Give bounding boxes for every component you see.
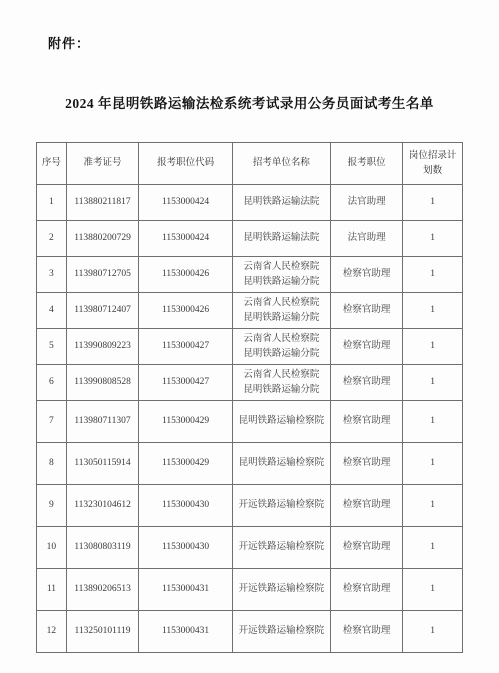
table-cell: 1 xyxy=(403,257,463,293)
table-cell: 检察官助理 xyxy=(330,611,402,653)
table-cell: 1153000426 xyxy=(139,293,233,329)
table-cell: 1153000431 xyxy=(139,569,233,611)
table-cell: 10 xyxy=(37,527,67,569)
table-cell: 云南省人民检察院 昆明铁路运输分院 xyxy=(232,293,330,329)
table-cell: 5 xyxy=(37,329,67,365)
table-cell: 1 xyxy=(403,443,463,485)
table-cell: 1 xyxy=(403,293,463,329)
table-cell: 113230104612 xyxy=(66,485,138,527)
table-cell: 1 xyxy=(403,185,463,221)
table-cell: 1153000426 xyxy=(139,257,233,293)
table-cell: 1153000427 xyxy=(139,365,233,401)
table-cell: 1 xyxy=(403,611,463,653)
table-cell: 昆明铁路运输检察院 xyxy=(232,443,330,485)
table-cell: 云南省人民检察院 昆明铁路运输分院 xyxy=(232,365,330,401)
table-cell: 7 xyxy=(37,401,67,443)
table-cell: 检察官助理 xyxy=(330,401,402,443)
table-cell: 1 xyxy=(403,221,463,257)
table-row: 31139807127051153000426云南省人民检察院 昆明铁路运输分院… xyxy=(37,257,463,293)
column-header: 报考职位 xyxy=(330,143,402,185)
table-cell: 昆明铁路运输法院 xyxy=(232,221,330,257)
table-cell: 113080803119 xyxy=(66,527,138,569)
table-row: 71139807113071153000429昆明铁路运输检察院检察官助理1 xyxy=(37,401,463,443)
table-cell: 1 xyxy=(37,185,67,221)
table-cell: 昆明铁路运输检察院 xyxy=(232,401,330,443)
column-header: 岗位招录计划数 xyxy=(403,143,463,185)
table-row: 121132501011191153000431开远铁路运输检察院检察官助理1 xyxy=(37,611,463,653)
table-cell: 开远铁路运输检察院 xyxy=(232,611,330,653)
document-page: 附件： 2024 年昆明铁路运输法检系统考试录用公务员面试考生名单 序号准考证号… xyxy=(0,0,499,673)
table-cell: 11 xyxy=(37,569,67,611)
table-cell: 1153000424 xyxy=(139,185,233,221)
table-cell: 113880211817 xyxy=(66,185,138,221)
table-cell: 1 xyxy=(403,401,463,443)
table-cell: 开远铁路运输检察院 xyxy=(232,527,330,569)
table-cell: 1 xyxy=(403,365,463,401)
table-cell: 开远铁路运输检察院 xyxy=(232,485,330,527)
table-cell: 2 xyxy=(37,221,67,257)
table-cell: 1 xyxy=(403,527,463,569)
table-cell: 4 xyxy=(37,293,67,329)
table-row: 61139908085281153000427云南省人民检察院 昆明铁路运输分院… xyxy=(37,365,463,401)
table-cell: 开远铁路运输检察院 xyxy=(232,569,330,611)
table-cell: 云南省人民检察院 昆明铁路运输分院 xyxy=(232,257,330,293)
column-header: 准考证号 xyxy=(66,143,138,185)
page-title: 2024 年昆明铁路运输法检系统考试录用公务员面试考生名单 xyxy=(0,92,499,112)
attachment-label: 附件： xyxy=(48,33,499,52)
table-cell: 检察官助理 xyxy=(330,443,402,485)
table-cell: 1 xyxy=(403,569,463,611)
table-cell: 113980712705 xyxy=(66,257,138,293)
table-cell: 9 xyxy=(37,485,67,527)
table-cell: 检察官助理 xyxy=(330,485,402,527)
column-header: 序号 xyxy=(37,143,67,185)
table-cell: 云南省人民检察院 昆明铁路运输分院 xyxy=(232,329,330,365)
table-cell: 113990809223 xyxy=(66,329,138,365)
table-row: 101130808031191153000430开远铁路运输检察院检察官助理1 xyxy=(37,527,463,569)
table-row: 51139908092231153000427云南省人民检察院 昆明铁路运输分院… xyxy=(37,329,463,365)
table-cell: 昆明铁路运输法院 xyxy=(232,185,330,221)
table-cell: 113890206513 xyxy=(66,569,138,611)
table-row: 91132301046121153000430开远铁路运输检察院检察官助理1 xyxy=(37,485,463,527)
table-cell: 1153000429 xyxy=(139,401,233,443)
table-cell: 113980711307 xyxy=(66,401,138,443)
table-cell: 检察官助理 xyxy=(330,293,402,329)
table-row: 21138802007291153000424昆明铁路运输法院法官助理1 xyxy=(37,221,463,257)
table-cell: 检察官助理 xyxy=(330,329,402,365)
table-header-row: 序号准考证号报考职位代码招考单位名称报考职位岗位招录计划数 xyxy=(37,143,463,185)
table-cell: 12 xyxy=(37,611,67,653)
table-cell: 法官助理 xyxy=(330,185,402,221)
table-cell: 1153000430 xyxy=(139,485,233,527)
column-header: 招考单位名称 xyxy=(232,143,330,185)
table-cell: 113990808528 xyxy=(66,365,138,401)
table-cell: 1153000429 xyxy=(139,443,233,485)
table-row: 11138802118171153000424昆明铁路运输法院法官助理1 xyxy=(37,185,463,221)
table-row: 41139807124071153000426云南省人民检察院 昆明铁路运输分院… xyxy=(37,293,463,329)
table-row: 81130501159141153000429昆明铁路运输检察院检察官助理1 xyxy=(37,443,463,485)
table-cell: 检察官助理 xyxy=(330,527,402,569)
table-row: 111138902065131153000431开远铁路运输检察院检察官助理1 xyxy=(37,569,463,611)
table-cell: 113250101119 xyxy=(66,611,138,653)
table-cell: 检察官助理 xyxy=(330,257,402,293)
table-cell: 3 xyxy=(37,257,67,293)
candidates-table: 序号准考证号报考职位代码招考单位名称报考职位岗位招录计划数 1113880211… xyxy=(36,142,463,653)
table-cell: 1153000424 xyxy=(139,221,233,257)
table-cell: 1 xyxy=(403,329,463,365)
table-cell: 113880200729 xyxy=(66,221,138,257)
table-cell: 113980712407 xyxy=(66,293,138,329)
table-body: 11138802118171153000424昆明铁路运输法院法官助理12113… xyxy=(37,185,463,653)
table-cell: 1153000431 xyxy=(139,611,233,653)
table-cell: 1 xyxy=(403,485,463,527)
table-cell: 法官助理 xyxy=(330,221,402,257)
table-cell: 检察官助理 xyxy=(330,569,402,611)
table-cell: 113050115914 xyxy=(66,443,138,485)
table-cell: 1153000427 xyxy=(139,329,233,365)
table-cell: 检察官助理 xyxy=(330,365,402,401)
column-header: 报考职位代码 xyxy=(139,143,233,185)
table-cell: 8 xyxy=(37,443,67,485)
table-cell: 1153000430 xyxy=(139,527,233,569)
table-cell: 6 xyxy=(37,365,67,401)
